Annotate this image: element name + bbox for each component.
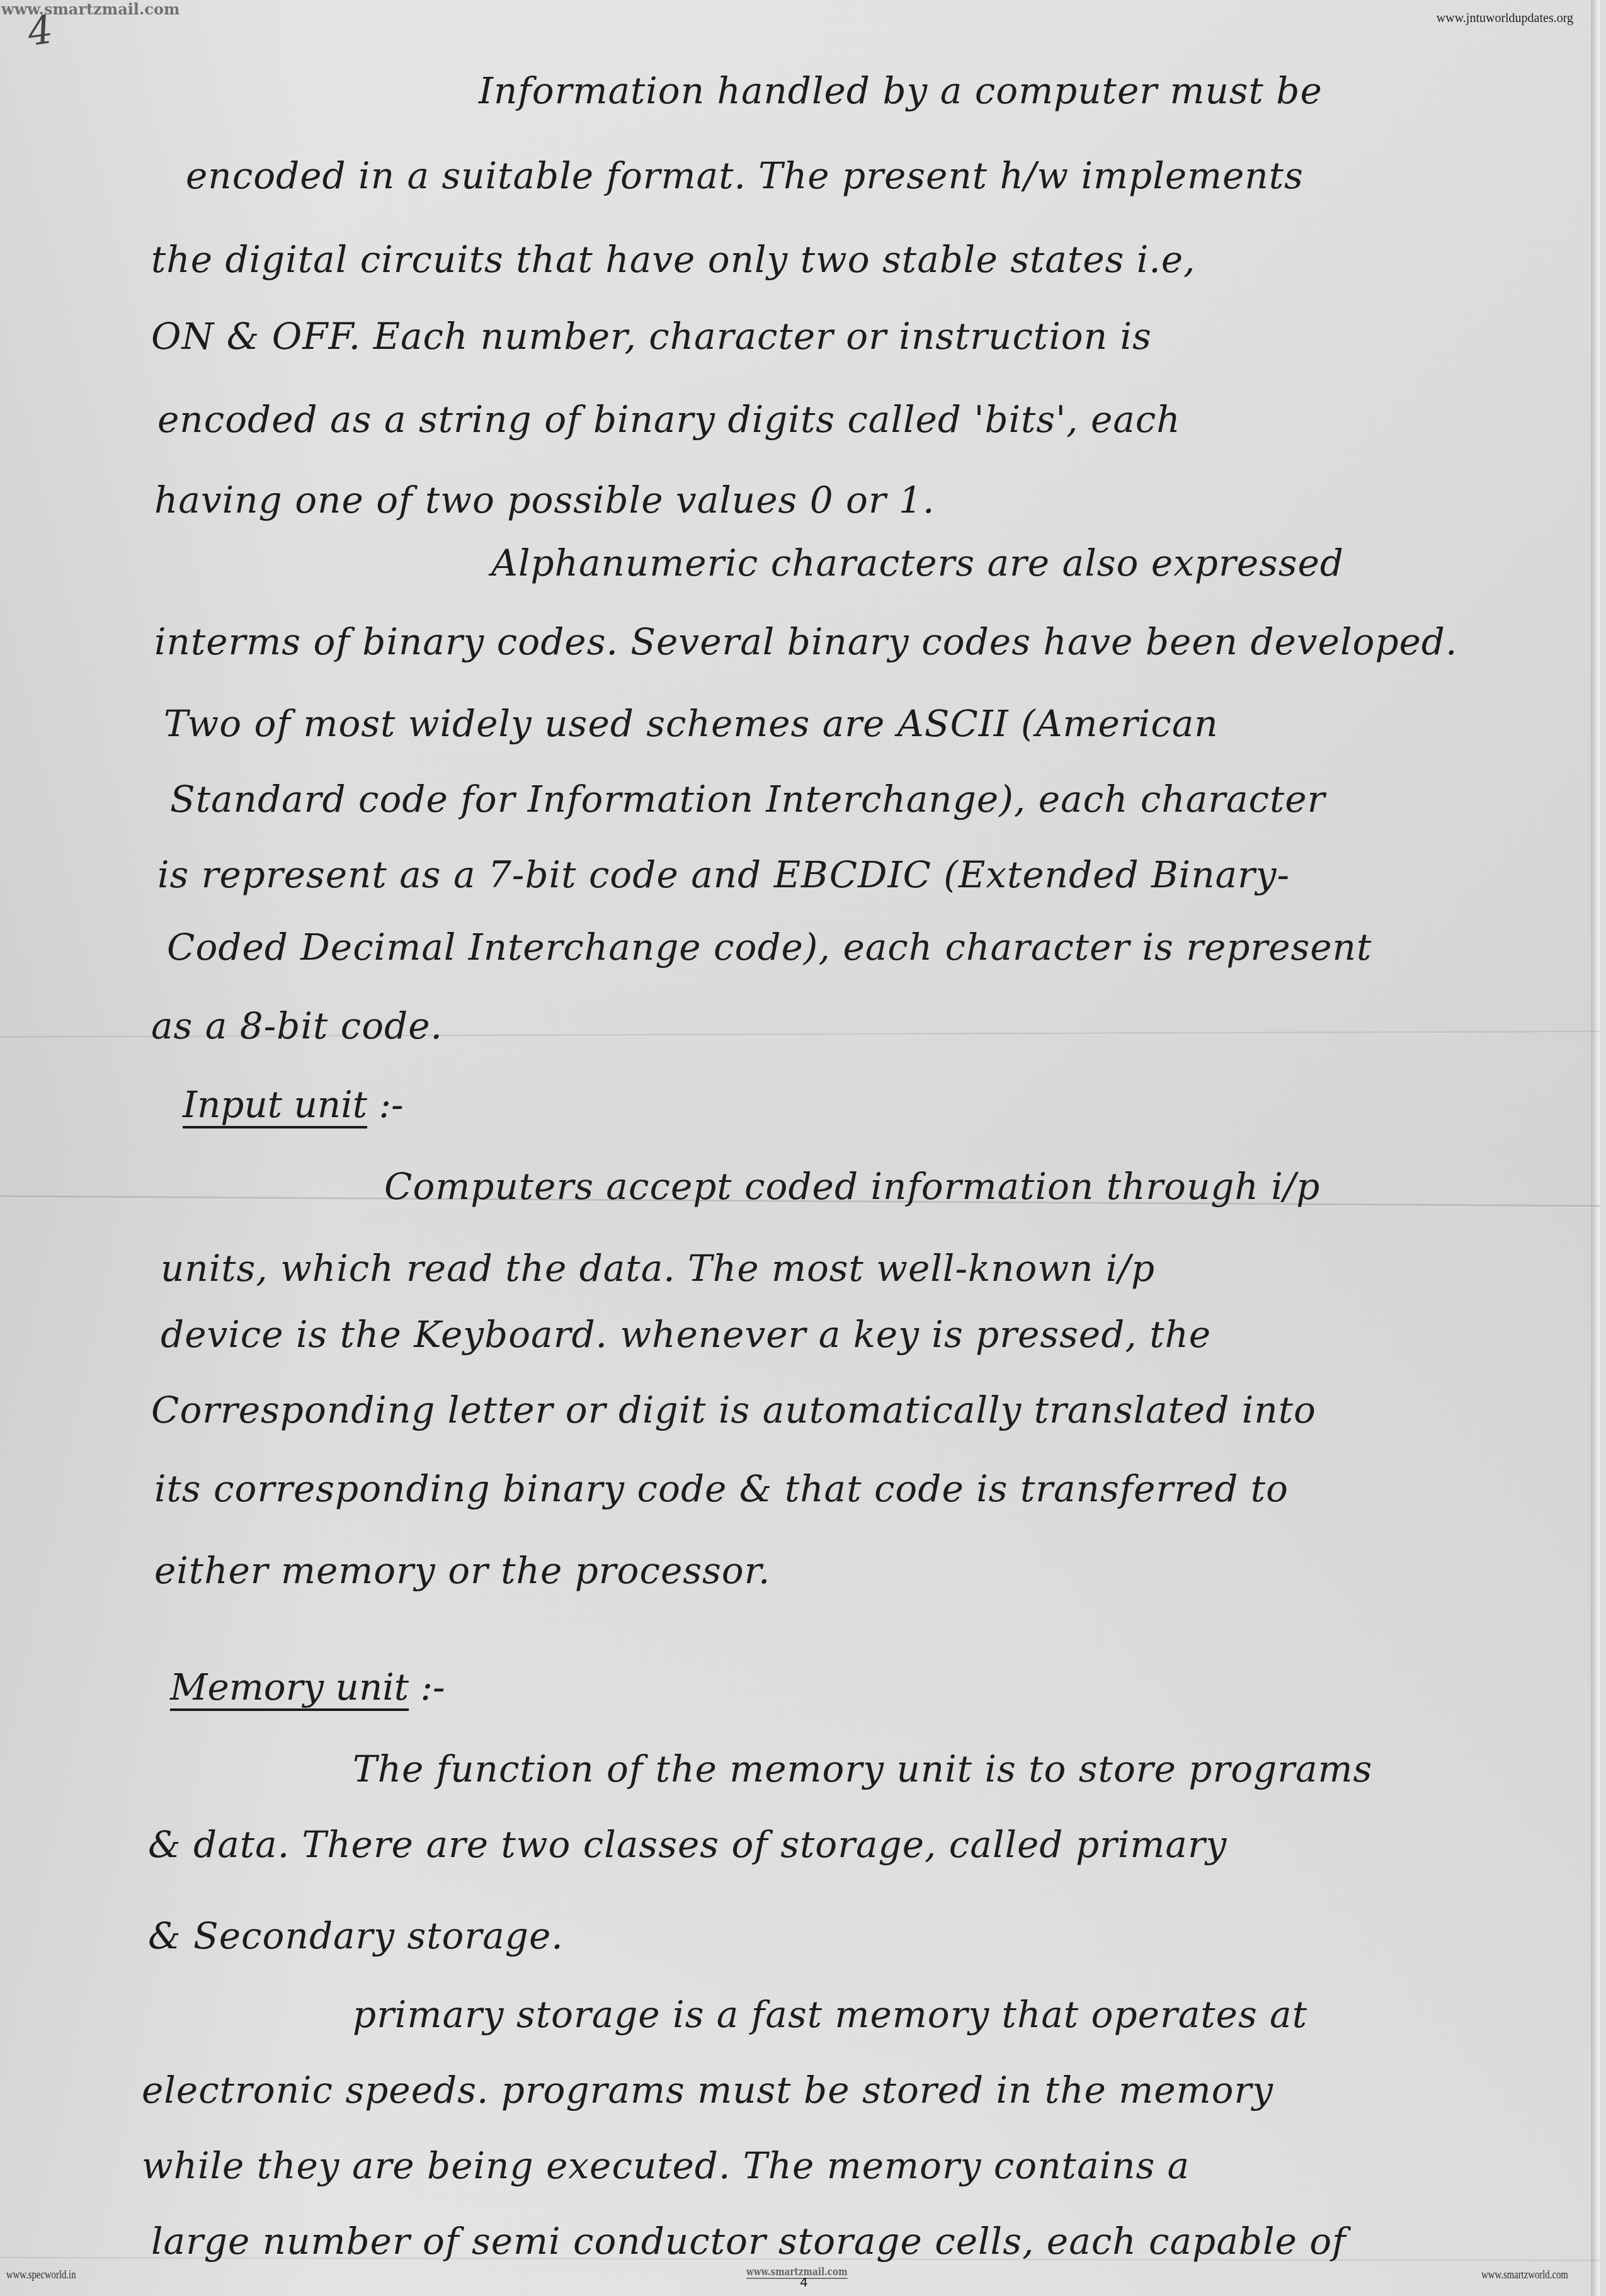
- text-line: device is the Keyboard. whenever a key i…: [161, 1313, 1211, 1356]
- text-line: the digital circuits that have only two …: [151, 238, 1195, 281]
- text-line: Standard code for Information Interchang…: [170, 778, 1325, 821]
- text-line: Alphanumeric characters are also express…: [491, 542, 1344, 584]
- text-line: Computers accept coded information throu…: [384, 1165, 1320, 1208]
- text-line: Two of most widely used schemes are ASCI…: [164, 702, 1219, 745]
- text-line: & Secondary storage.: [148, 1914, 564, 1957]
- heading-suffix: :-: [409, 1666, 445, 1708]
- text-line: primary storage is a fast memory that op…: [353, 1993, 1307, 2036]
- heading-text: Memory unit: [170, 1666, 409, 1708]
- section-heading-input-unit: Input unit :-: [183, 1083, 404, 1126]
- text-line: Corresponding letter or digit is automat…: [151, 1389, 1316, 1431]
- text-line: having one of two possible values 0 or 1…: [154, 479, 935, 521]
- text-line: interms of binary codes. Several binary …: [154, 620, 1457, 663]
- watermark-bottom-left: www.specworld.in: [6, 2268, 76, 2282]
- text-line: encoded as a string of binary digits cal…: [157, 398, 1181, 441]
- section-heading-memory-unit: Memory unit :-: [170, 1666, 445, 1708]
- page-number: 4: [800, 2275, 808, 2290]
- text-line: The function of the memory unit is to st…: [353, 1748, 1372, 1790]
- text-line: Coded Decimal Interchange code), each ch…: [167, 926, 1372, 969]
- heading-suffix: :-: [367, 1083, 404, 1126]
- text-line: & data. There are two classes of storage…: [148, 1823, 1227, 1866]
- text-line: is represent as a 7-bit code and EBCDIC …: [157, 853, 1290, 896]
- watermark-top-right: www.jntuworldupdates.org: [1437, 11, 1573, 26]
- text-line: units, which read the data. The most wel…: [161, 1247, 1155, 1290]
- text-line: its corresponding binary code & that cod…: [154, 1467, 1289, 1510]
- text-line: large number of semi conductor storage c…: [151, 2220, 1347, 2263]
- watermark-bottom-right: www.smartzworld.com: [1481, 2268, 1568, 2282]
- text-line: as a 8-bit code.: [151, 1004, 443, 1047]
- heading-text: Input unit: [183, 1083, 367, 1126]
- watermark-bottom-center: www.smartzmail.com: [746, 2266, 848, 2279]
- paper-edge: [1591, 0, 1600, 2296]
- text-line: while they are being executed. The memor…: [142, 2144, 1190, 2187]
- text-line: Information handled by a computer must b…: [479, 69, 1323, 112]
- text-line: either memory or the processor.: [154, 1549, 771, 1592]
- handwritten-notes-page: www.smartzmail.com www.jntuworldupdates.…: [0, 0, 1600, 2296]
- text-line: ON & OFF. Each number, character or inst…: [151, 315, 1152, 358]
- text-line: electronic speeds. programs must be stor…: [142, 2069, 1273, 2111]
- text-line: encoded in a suitable format. The presen…: [186, 154, 1304, 197]
